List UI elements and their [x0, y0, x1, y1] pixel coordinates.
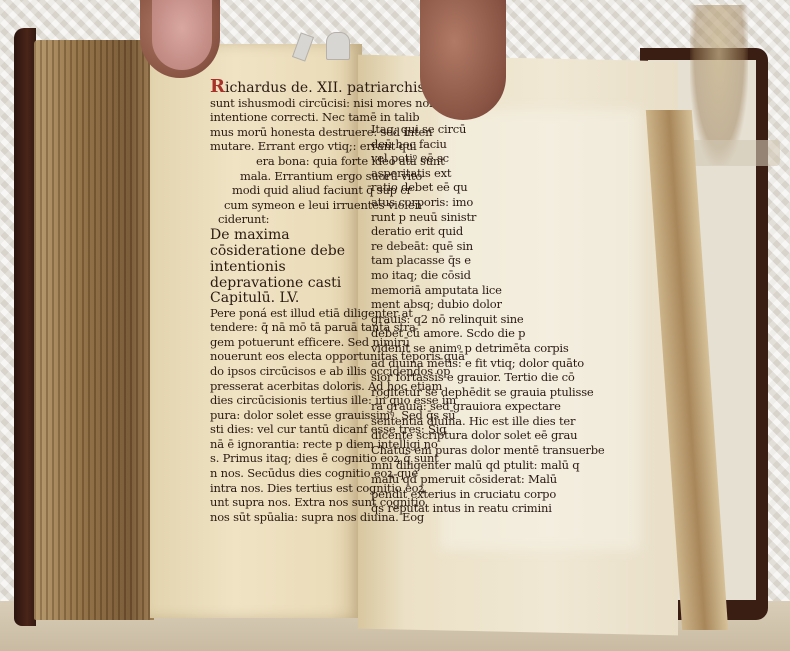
- text-line: vel potiꝰ eē sc: [371, 151, 605, 166]
- text-line: ra grauia: sed grauiora expectare: [371, 399, 605, 414]
- text-line: ratio debet eē qu: [371, 180, 605, 195]
- bookmark-tab: [292, 32, 314, 61]
- bookmark-tab: [326, 32, 350, 60]
- text-line: mo itaq; die cōsid: [371, 268, 605, 283]
- paper-bookmark-tabs: [296, 30, 356, 62]
- text-line: re debeāt: quē sin: [371, 239, 605, 254]
- red-initial-r: R: [210, 76, 225, 97]
- text-line: debet cū amore. Scdo die p: [371, 326, 605, 341]
- text-line: ment absq; dubio dolor: [371, 297, 605, 312]
- text-line: memoriā amputata lice: [371, 283, 605, 298]
- text-line: sententia diuina. Hic est ille dies ter: [371, 414, 605, 429]
- text-line: tam placasse q̄s e: [371, 253, 605, 268]
- finger-right: [420, 0, 506, 120]
- text-line: ad diuina mētis: e fit vtiq; dolor quāto: [371, 356, 605, 371]
- text-line: deū hoc faciu: [371, 137, 605, 152]
- book-cover-left-edge: [14, 28, 36, 626]
- text-line: runt p neuū sinistr: [371, 210, 605, 225]
- right-page-text: Itaq; qui se circū deū hoc faciu vel pot…: [371, 122, 605, 516]
- text-line: mni diligenter malū qd ptulit: malū q: [371, 458, 605, 473]
- fingernail: [152, 0, 212, 70]
- text-line: Chatus em puras dolor mentē transuerbe: [371, 443, 605, 458]
- text-line: q̄s reputat intus in reatu crimini: [371, 501, 605, 516]
- text-line: deratio erit quid: [371, 224, 605, 239]
- text-line: grauis: q2 nō relinquit sine: [371, 312, 605, 327]
- text-line: atus corporis: imo: [371, 195, 605, 210]
- text-line: videnit se animꝰ p detrimēta corpis: [371, 341, 605, 356]
- book-fore-edge-pages: [34, 40, 154, 620]
- text-line: Itaq; qui se circū: [371, 122, 605, 137]
- text-line: malū qd pmeruit cōsiderat: Malū: [371, 472, 605, 487]
- text-line: sior fortassis e grauior. Tertio die cō: [371, 370, 605, 385]
- text-line: rogitetur se dephēdit se grauia ptulisse: [371, 385, 605, 400]
- text-line: asperitatis ext: [371, 166, 605, 181]
- text-line: dicente scriptura dolor solet eē grau: [371, 428, 605, 443]
- chapter-heading: De maxima cōsideratione debe intentionis…: [210, 227, 350, 291]
- text-line: pendit exterius in cruciatu corpo: [371, 487, 605, 502]
- running-head-rest: ichardus de. XII. patriarchis.: [225, 80, 429, 96]
